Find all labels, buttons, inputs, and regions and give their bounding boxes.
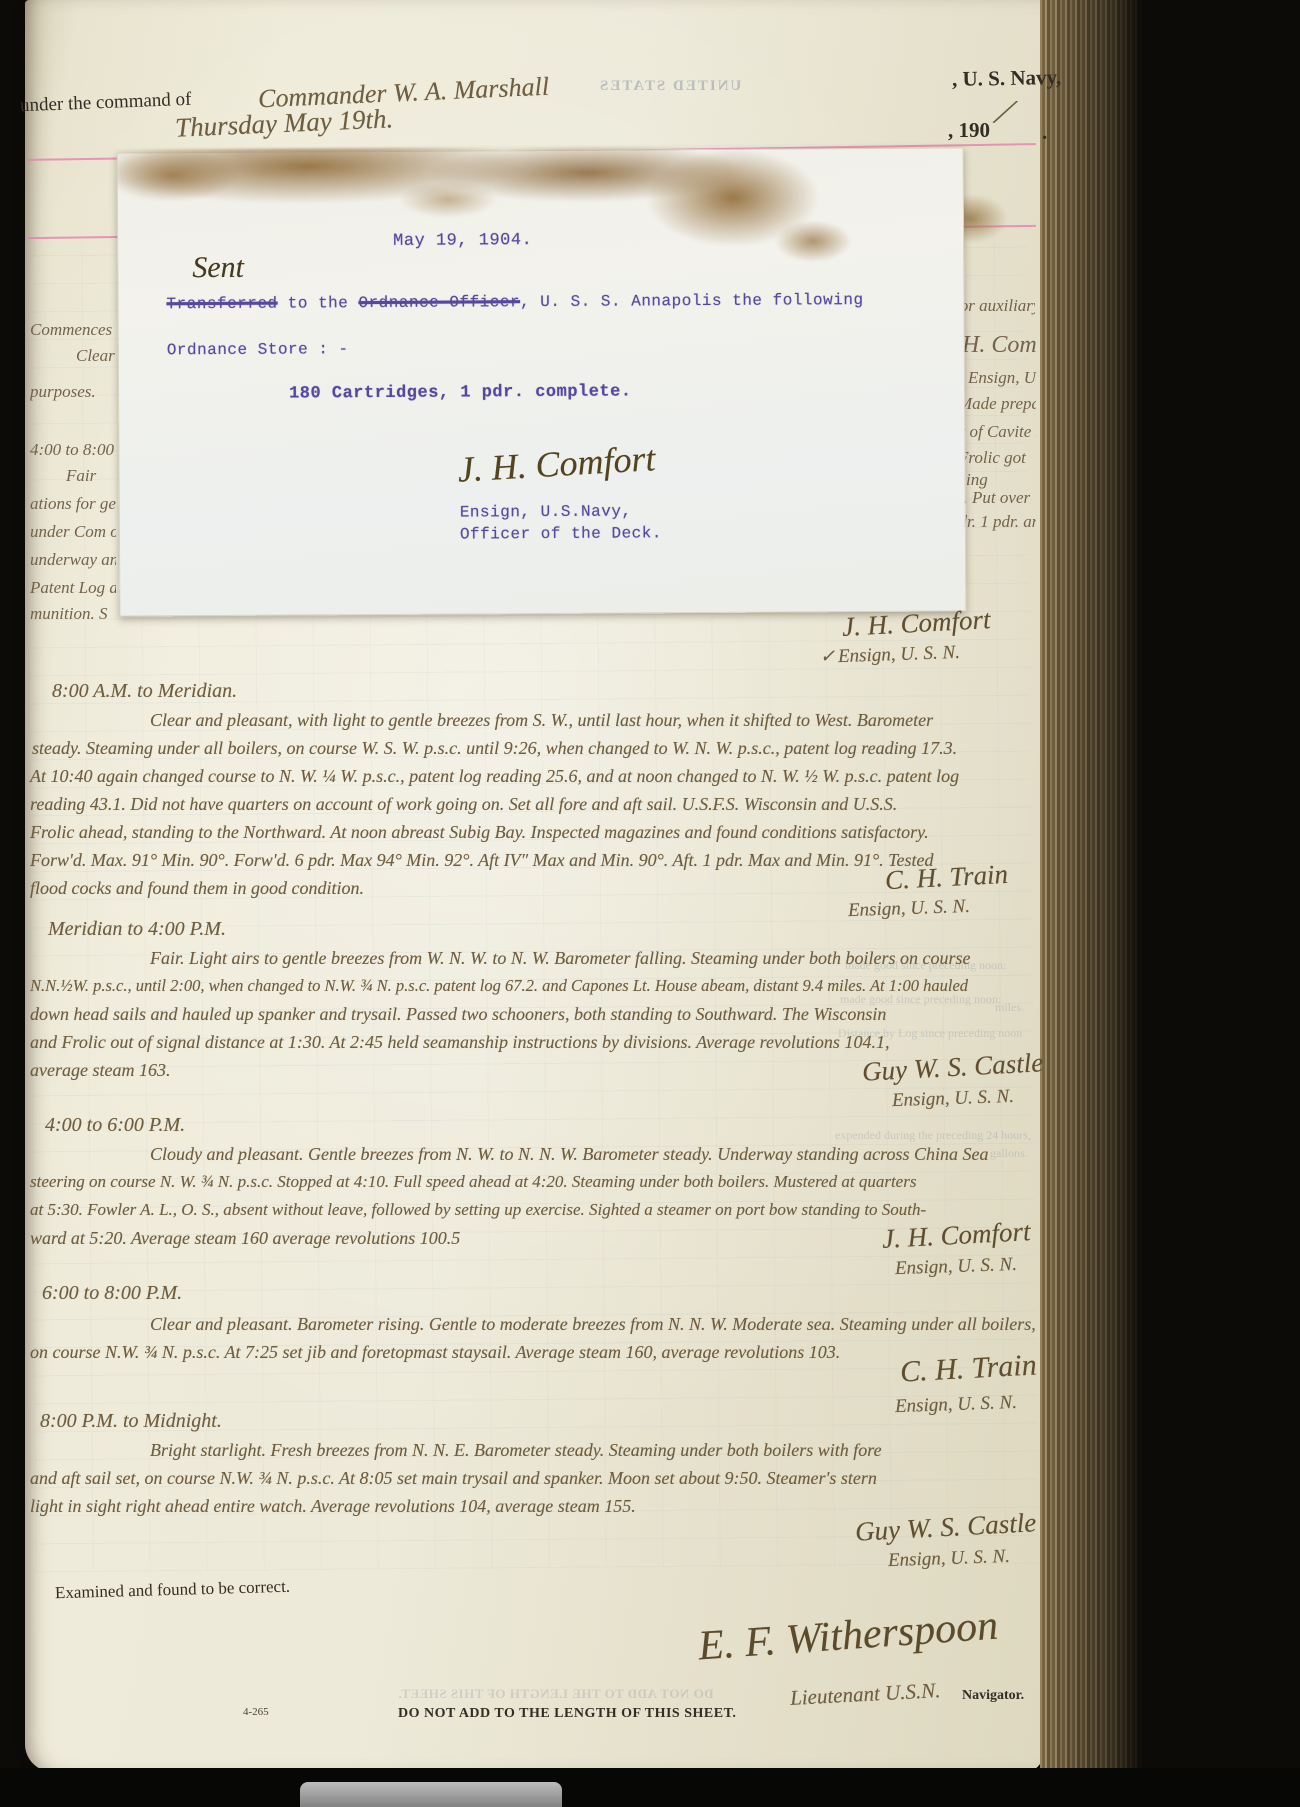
log-line: Forw'd. Max. 91° Min. 90°. Forw'd. 6 pdr… <box>30 850 934 871</box>
pasted-memo-slip: May 19, 1904. Sent Transferred to the Or… <box>117 147 967 616</box>
bleedthrough-form-text: expended during the preceding 24 hours, <box>835 1128 1031 1143</box>
log-line: Clear and pleasant. Barometer rising. Ge… <box>150 1314 1036 1335</box>
memo-line2: Ordnance Store : - <box>167 340 349 359</box>
section-signature: C. H. Train <box>899 1348 1037 1389</box>
log-line: steering on course N. W. ¾ N. p.s.c. Sto… <box>30 1172 916 1192</box>
signature-comfort-title: Ensign, U. S. N. <box>838 642 961 668</box>
printed-navigator: Navigator. <box>962 1688 1024 1704</box>
section-label: Meridian to 4:00 P.M. <box>48 918 226 941</box>
log-fragment: for auxiliary <box>955 296 1035 316</box>
memo-sig-title1: Ensign, U.S.Navy, <box>460 502 632 521</box>
memo-line1-mid: to the <box>278 294 359 312</box>
form-number: 4-265 <box>243 1706 269 1718</box>
log-line: average steam 163. <box>30 1060 170 1081</box>
log-line: Clear and pleasant, with light to gentle… <box>150 710 933 731</box>
log-line: Fair. Light airs to gentle breezes from … <box>150 948 971 969</box>
scanner-background <box>0 1768 1300 1807</box>
log-line: and Frolic out of signal distance at 1:3… <box>30 1032 889 1053</box>
log-line: reading 43.1. Did not have quarters on a… <box>30 794 897 815</box>
memo-stain <box>118 144 964 279</box>
section-signature-title: Ensign, U. S. N. <box>895 1254 1018 1280</box>
section-label: 4:00 to 6:00 P.M. <box>45 1114 185 1137</box>
bleedthrough-form-text: gallons. <box>990 1146 1028 1161</box>
log-line: N.N.½W. p.s.c., until 2:00, when changed… <box>30 976 968 996</box>
checkmark: ✓ <box>820 646 835 667</box>
log-fragment: H. Comfort <box>962 332 1036 359</box>
log-fragment: Frolic got <box>958 448 1036 468</box>
log-fragment: ing <box>966 470 1036 490</box>
log-line: and aft sail set, on course N.W. ¾ N. p.… <box>30 1468 877 1489</box>
log-fragment: Made prepar- <box>958 394 1036 414</box>
log-line: on course N.W. ¾ N. p.s.c. At 7:25 set j… <box>30 1342 840 1363</box>
log-line: light in sight right ahead entire watch.… <box>30 1496 636 1517</box>
bleedthrough-do-not-add: DO NOT ADD TO THE LENGTH OF THIS SHEET. <box>398 1686 714 1702</box>
memo-sig-title2: Officer of the Deck. <box>460 524 662 543</box>
memo-signature: J. H. Comfort <box>456 437 656 490</box>
section-signature: C. H. Train <box>884 859 1009 896</box>
log-fragment: purposes. <box>30 382 116 402</box>
memo-item: 180 Cartridges, 1 pdr. complete. <box>289 382 632 403</box>
handwritten-sent: Sent <box>192 251 244 285</box>
scanner-edge <box>300 1782 562 1807</box>
log-fragment: Patent Log as <box>30 578 116 598</box>
log-fragment: Fair <box>66 466 118 486</box>
log-fragment: ations for get <box>30 494 116 514</box>
log-fragment: under Com of <box>30 522 116 542</box>
log-fragment: underway an <box>30 550 116 570</box>
memo-line1: Transferred to the Ordnance Officer, U. … <box>166 291 863 313</box>
section-label: 8:00 P.M. to Midnight. <box>40 1410 222 1433</box>
printed-do-not-add: DO NOT ADD TO THE LENGTH OF THIS SHEET. <box>398 1706 736 1722</box>
log-line: ward at 5:20. Average steam 160 average … <box>30 1228 460 1249</box>
log-fragment: Ensign, U. S. N. <box>968 368 1036 388</box>
log-line: steady. Steaming under all boilers, on c… <box>32 738 957 759</box>
section-signature-title: Ensign, U. S. N. <box>895 1392 1018 1418</box>
log-line: at 5:30. Fowler A. L., O. S., absent wit… <box>30 1200 926 1220</box>
log-fragment: Clear <box>76 346 118 366</box>
memo-date: May 19, 1904. <box>393 231 532 251</box>
section-label: 8:00 A.M. to Meridian. <box>52 680 237 703</box>
log-line: At 10:40 again changed course to N. W. ¼… <box>30 766 959 787</box>
bleedthrough-united-states: UNITED STATES <box>598 78 741 95</box>
printed-year-190: , 190 <box>948 118 990 143</box>
log-fragment: 4:00 to 8:00 A. <box>30 440 116 460</box>
log-line: down head sails and hauled up spanker an… <box>30 1004 886 1025</box>
bleedthrough-form-text: miles. <box>995 1000 1024 1015</box>
log-line: Bright starlight. Fresh breezes from N. … <box>150 1440 882 1461</box>
memo-line1-rest: , U. S. S. Annapolis the following <box>520 291 864 311</box>
printed-year-period: . <box>1042 120 1047 145</box>
log-fragment: Commences an <box>30 320 116 340</box>
logbook-scan: under the command of Commander W. A. Mar… <box>0 0 1300 1807</box>
section-signature-title: Ensign, U. S. N. <box>888 1546 1011 1572</box>
log-fragment: munition. S <box>30 604 116 624</box>
section-label: 6:00 to 8:00 P.M. <box>42 1282 182 1305</box>
section-signature-title: Ensign, U. S. N. <box>892 1086 1015 1112</box>
section-signature-title: Ensign, U. S. N. <box>848 896 971 922</box>
log-fragment: c. Put over <box>956 488 1036 508</box>
struck-transferred: Transferred <box>166 295 277 314</box>
struck-ordnance-officer: Ordnance Officer <box>358 293 520 312</box>
book-page-stack-edge <box>1040 0 1144 1785</box>
log-line: Cloudy and pleasant. Gentle breezes from… <box>150 1144 988 1165</box>
log-line: flood cocks and found them in good condi… <box>30 878 364 899</box>
log-line: Frolic ahead, standing to the Northward.… <box>30 822 929 843</box>
